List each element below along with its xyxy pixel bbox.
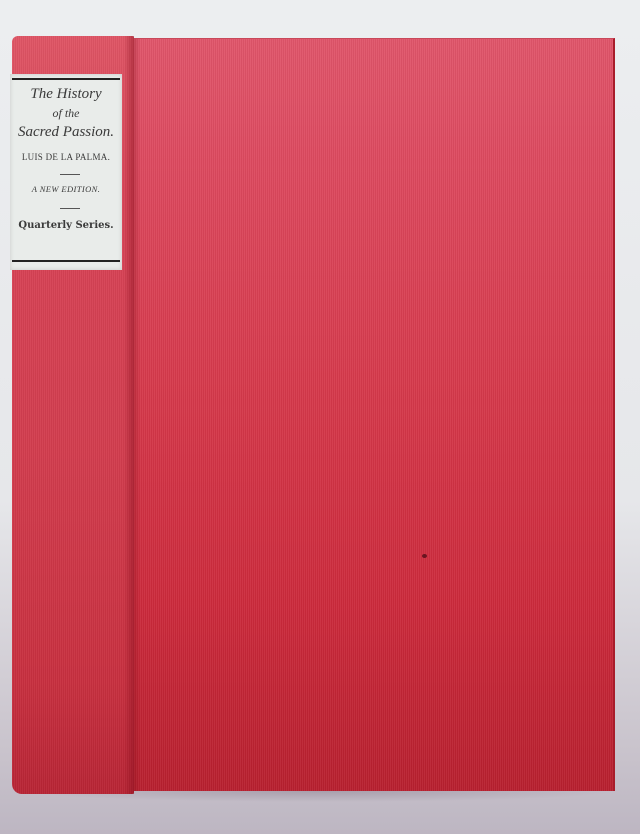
front-cover <box>132 38 615 791</box>
spine-label: The History of the Sacred Passion. LUIS … <box>10 74 122 270</box>
label-top-rule <box>12 78 120 80</box>
separator <box>60 174 80 175</box>
title-line-1: The History <box>10 86 122 103</box>
book-spine: The History of the Sacred Passion. LUIS … <box>12 36 134 794</box>
separator <box>60 208 80 209</box>
label-bottom-rule <box>12 260 120 262</box>
title-line-3: Sacred Passion. <box>10 124 122 141</box>
book: The History of the Sacred Passion. LUIS … <box>0 0 640 834</box>
author-name: LUIS DE LA PALMA. <box>10 152 122 162</box>
cover-blemish <box>422 554 427 558</box>
title-line-2: of the <box>10 106 122 121</box>
series-text: Quarterly Series. <box>10 220 122 231</box>
edition-text: A NEW EDITION. <box>10 184 122 194</box>
